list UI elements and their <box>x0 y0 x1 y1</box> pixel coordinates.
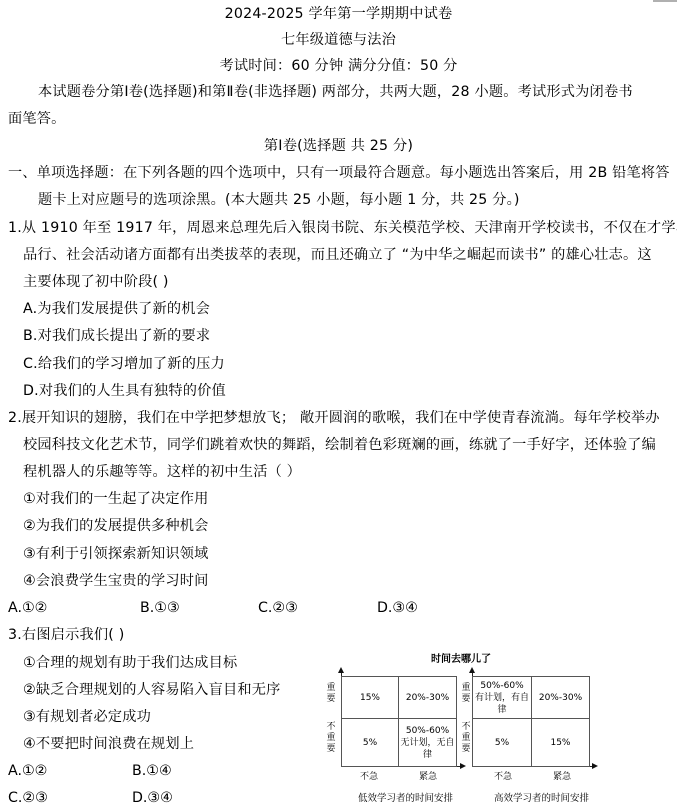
q1-option-c: C.给我们的学习增加了新的压力 <box>23 355 225 373</box>
cell-important-not-urgent: 50%-60% 有计划，有自律 <box>472 676 532 719</box>
cell-value: 50%-60% <box>480 680 523 692</box>
q1-option-d: D.对我们的人生具有独特的价值 <box>23 382 226 400</box>
intro-line-2: 面笔答。 <box>8 110 66 128</box>
q3-option-d: D.③④ <box>132 789 173 806</box>
q3-statement-3: ③有规划者必定成功 <box>23 708 151 726</box>
x-label-not-urgent: 不急 <box>494 769 512 782</box>
q3-stem: 3.右图启示我们( ) <box>8 626 124 644</box>
y-label-unimportant: 不重要 <box>326 722 336 755</box>
y-label-important: 重要 <box>461 683 471 705</box>
cell-unimportant-not-urgent: 5% <box>341 718 399 767</box>
x-label-urgent: 紧急 <box>419 769 437 782</box>
scrollbar-thumb[interactable] <box>653 0 677 2</box>
q2-stem-line-2: 校园科技文化艺术节，同学们跳着欢快的舞蹈，绘制着色彩斑斓的画，练就了一手好字，还… <box>23 436 656 454</box>
cell-unimportant-urgent: 15% <box>531 718 590 767</box>
cell-value: 15% <box>550 737 570 749</box>
exam-title: 2024-2025 学年第一学期期中试卷 <box>0 5 677 23</box>
q3-statement-1: ①合理的规划有助于我们达成目标 <box>23 654 237 672</box>
chart-title: 时间去哪儿了 <box>322 650 600 665</box>
q1-option-b: B.对我们成长提出了新的要求 <box>23 327 210 345</box>
x-label-not-urgent: 不急 <box>360 769 378 782</box>
section-title: 第Ⅰ卷(选择题 共 25 分) <box>0 137 677 155</box>
q3-option-a: A.①② <box>8 762 47 780</box>
q1-stem-line-1: 1.从 1910 年至 1917 年，周恩来总理先后入银岗书院、东关模范学校、天… <box>8 219 677 237</box>
cell-value: 5% <box>363 737 377 749</box>
cell-value: 15% <box>360 692 380 704</box>
q3-option-b: B.①④ <box>132 762 172 780</box>
cell-unimportant-not-urgent: 5% <box>472 718 532 767</box>
q1-stem-line-3: 主要体现了初中阶段( ) <box>23 273 169 291</box>
cell-value: 20%-30% <box>539 692 582 704</box>
q3-statement-4: ④不要把时间浪费在规划上 <box>23 735 194 753</box>
y-label-important: 重要 <box>326 683 336 705</box>
q1-stem-line-2: 品行、社会活动诸方面都有出类拔萃的表现，而且还确立了 “为中华之崛起而读书” 的… <box>23 246 652 264</box>
q2-option-a: A.①② <box>8 599 47 617</box>
q3-statement-2: ②缺乏合理规划的人容易陷入盲目和无序 <box>23 681 281 699</box>
q2-statement-2: ②为我们的发展提供多种机会 <box>23 517 209 535</box>
q2-statement-1: ①对我们的一生起了决定作用 <box>23 490 209 508</box>
high-efficiency-caption: 高效学习者的时间安排 <box>494 790 589 804</box>
low-efficiency-caption: 低效学习者的时间安排 <box>358 790 453 804</box>
cell-value: 5% <box>495 737 509 749</box>
instruction-line-2: 题卡上对应题号的选项涂黑。(本大题共 25 小题，每小题 1 分，共 25 分。… <box>38 191 520 209</box>
arrow-up-icon <box>338 667 344 673</box>
q2-option-b: B.①③ <box>140 599 180 617</box>
q2-stem-line-1: 2.展开知识的翅膀，我们在中学把梦想放飞； 敞开圆润的歌喉，我们在中学使青春流淌… <box>8 409 660 427</box>
cell-unimportant-urgent: 50%-60% 无计划，无自律 <box>398 718 457 767</box>
cell-note: 无计划，无自律 <box>399 737 456 761</box>
q2-statement-4: ④会浪费学生宝贵的学习时间 <box>23 572 209 590</box>
q2-option-c: C.②③ <box>258 599 298 617</box>
y-label-unimportant: 不重要 <box>461 722 471 755</box>
x-label-urgent: 紧急 <box>553 769 571 782</box>
cell-important-not-urgent: 15% <box>341 676 399 719</box>
q3-option-c: C.②③ <box>8 789 48 806</box>
cell-important-urgent: 20%-30% <box>531 676 590 719</box>
arrow-right-icon <box>592 763 598 769</box>
q1-option-a: A.为我们发展提供了新的机会 <box>23 300 210 318</box>
cell-important-urgent: 20%-30% <box>398 676 457 719</box>
arrow-up-icon <box>469 667 475 673</box>
q2-stem-line-3: 程机器人的乐趣等等。这样的初中生活（ ） <box>23 463 301 481</box>
time-allocation-figure: 时间去哪儿了 15% 20%-30% 5% 50%-60% 无计划，无自律 重要… <box>322 650 600 806</box>
q2-option-d: D.③④ <box>377 599 418 617</box>
exam-info: 考试时间：60 分钟 满分分值：50 分 <box>0 57 677 75</box>
cell-value: 50%-60% <box>406 725 449 737</box>
cell-value: 20%-30% <box>406 692 449 704</box>
cell-note: 有计划，有自律 <box>473 692 531 716</box>
intro-line-1: 本试题卷分第Ⅰ卷(选择题)和第Ⅱ卷(非选择题) 两部分，共两大题，28 小题。考… <box>38 83 633 101</box>
q2-statement-3: ③有利于引领探索新知识领域 <box>23 545 209 563</box>
subject-title: 七年级道德与法治 <box>0 31 677 49</box>
arrow-right-icon <box>460 763 466 769</box>
instruction-line-1: 一、单项选择题：在下列各题的四个选项中，只有一项最符合题意。每小题选出答案后，用… <box>8 164 670 182</box>
